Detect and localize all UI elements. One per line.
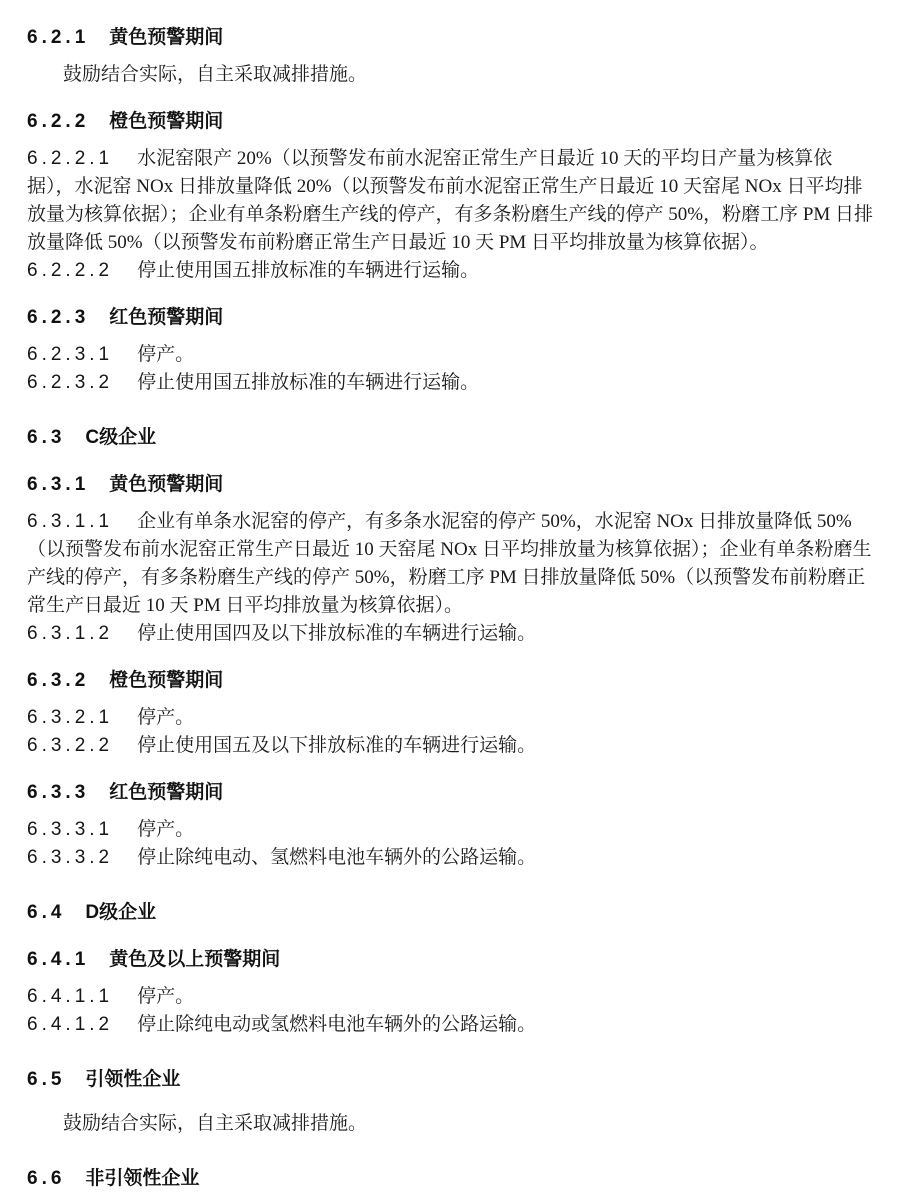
- section-number: 6.2.3: [27, 307, 89, 328]
- heading-text: 红色预警期间: [109, 307, 223, 328]
- section-number: 6.4.1: [27, 949, 89, 970]
- section-heading-6-2-3: 6.2.3红色预警期间: [27, 304, 878, 332]
- clause-6-3-3-1: 6.3.3.1停产。: [27, 816, 878, 844]
- section-number: 6.3: [27, 427, 65, 448]
- heading-text: D级企业: [85, 902, 156, 923]
- clause-6-3-1-1: 6.3.1.1企业有单条水泥窑的停产，有多条水泥窑的停产 50%，水泥窑 NOx…: [27, 508, 878, 620]
- clause-number: 6.3.1.1: [27, 511, 113, 532]
- clause-6-3-1-2: 6.3.1.2停止使用国四及以下排放标准的车辆进行运输。: [27, 620, 878, 648]
- clause-text: 停止除纯电动、氢燃料电池车辆外的公路运输。: [137, 847, 536, 868]
- heading-text: 引领性企业: [85, 1069, 180, 1090]
- clause-text: 停产。: [137, 707, 194, 728]
- clause-text: 企业有单条水泥窑的停产，有多条水泥窑的停产 50%，水泥窑 NOx 日排放量降低…: [27, 511, 871, 616]
- section-heading-6-3-2: 6.3.2橙色预警期间: [27, 667, 878, 695]
- clause-6-2-2-2: 6.2.2.2停止使用国五排放标准的车辆进行运输。: [27, 257, 878, 285]
- clause-number: 6.3.3.1: [27, 819, 113, 840]
- paragraph: 鼓励结合实际，自主采取减排措施。: [27, 1110, 878, 1138]
- heading-text: 橙色预警期间: [109, 111, 223, 132]
- clause-number: 6.3.2.1: [27, 707, 113, 728]
- section-number: 6.3.1: [27, 474, 89, 495]
- clause-text: 停止使用国五排放标准的车辆进行运输。: [137, 372, 479, 393]
- section-number: 6.5: [27, 1069, 65, 1090]
- clause-number: 6.2.3.2: [27, 372, 113, 393]
- clause-number: 6.4.1.2: [27, 1014, 113, 1035]
- clause-number: 6.2.2.2: [27, 260, 113, 281]
- clause-text: 水泥窑限产 20%（以预警发布前水泥窑正常生产日最近 10 天的平均日产量为核算…: [27, 148, 873, 253]
- heading-text: 黄色预警期间: [109, 474, 223, 495]
- clause-6-2-3-1: 6.2.3.1停产。: [27, 341, 878, 369]
- clause-text: 停产。: [137, 344, 194, 365]
- section-number: 6.2.2: [27, 111, 89, 132]
- section-heading-6-5: 6.5引领性企业: [27, 1066, 878, 1094]
- heading-text: 非引领性企业: [85, 1168, 199, 1189]
- paragraph-text: 鼓励结合实际，自主采取减排措施。: [63, 64, 367, 85]
- section-heading-6-6: 6.6非引领性企业: [27, 1165, 878, 1193]
- clause-text: 停止使用国四及以下排放标准的车辆进行运输。: [137, 623, 536, 644]
- clause-text: 停止使用国五及以下排放标准的车辆进行运输。: [137, 735, 536, 756]
- clause-text: 停止除纯电动或氢燃料电池车辆外的公路运输。: [137, 1014, 536, 1035]
- section-number: 6.2.1: [27, 27, 89, 48]
- section-heading-6-3: 6.3C级企业: [27, 424, 878, 452]
- paragraph: 鼓励结合实际，自主采取减排措施。: [27, 61, 878, 89]
- section-number: 6.6: [27, 1168, 65, 1189]
- clause-number: 6.3.1.2: [27, 623, 113, 644]
- clause-text: 停止使用国五排放标准的车辆进行运输。: [137, 260, 479, 281]
- clause-6-2-3-2: 6.2.3.2停止使用国五排放标准的车辆进行运输。: [27, 369, 878, 397]
- section-heading-6-4: 6.4D级企业: [27, 899, 878, 927]
- section-number: 6.3.3: [27, 782, 89, 803]
- section-heading-6-2-1: 6.2.1黄色预警期间: [27, 24, 878, 52]
- heading-text: 黄色及以上预警期间: [109, 949, 280, 970]
- heading-text: 黄色预警期间: [109, 27, 223, 48]
- clause-number: 6.4.1.1: [27, 986, 113, 1007]
- section-heading-6-3-1: 6.3.1黄色预警期间: [27, 471, 878, 499]
- clause-6-4-1-2: 6.4.1.2停止除纯电动或氢燃料电池车辆外的公路运输。: [27, 1011, 878, 1039]
- clause-number: 6.3.2.2: [27, 735, 113, 756]
- section-number: 6.3.2: [27, 670, 89, 691]
- clause-number: 6.3.3.2: [27, 847, 113, 868]
- document-body: 6.2.1黄色预警期间鼓励结合实际，自主采取减排措施。6.2.2橙色预警期间6.…: [27, 24, 878, 1193]
- heading-text: 红色预警期间: [109, 782, 223, 803]
- section-heading-6-3-3: 6.3.3红色预警期间: [27, 779, 878, 807]
- clause-6-3-2-1: 6.3.2.1停产。: [27, 704, 878, 732]
- heading-text: 橙色预警期间: [109, 670, 223, 691]
- clause-6-3-2-2: 6.3.2.2停止使用国五及以下排放标准的车辆进行运输。: [27, 732, 878, 760]
- clause-6-3-3-2: 6.3.3.2停止除纯电动、氢燃料电池车辆外的公路运输。: [27, 844, 878, 872]
- clause-text: 停产。: [137, 986, 194, 1007]
- clause-number: 6.2.3.1: [27, 344, 113, 365]
- clause-text: 停产。: [137, 819, 194, 840]
- clause-number: 6.2.2.1: [27, 148, 113, 169]
- heading-text: C级企业: [85, 427, 156, 448]
- clause-6-4-1-1: 6.4.1.1停产。: [27, 983, 878, 1011]
- section-heading-6-2-2: 6.2.2橙色预警期间: [27, 108, 878, 136]
- paragraph-text: 鼓励结合实际，自主采取减排措施。: [63, 1113, 367, 1134]
- section-heading-6-4-1: 6.4.1黄色及以上预警期间: [27, 946, 878, 974]
- section-number: 6.4: [27, 902, 65, 923]
- clause-6-2-2-1: 6.2.2.1水泥窑限产 20%（以预警发布前水泥窑正常生产日最近 10 天的平…: [27, 145, 878, 257]
